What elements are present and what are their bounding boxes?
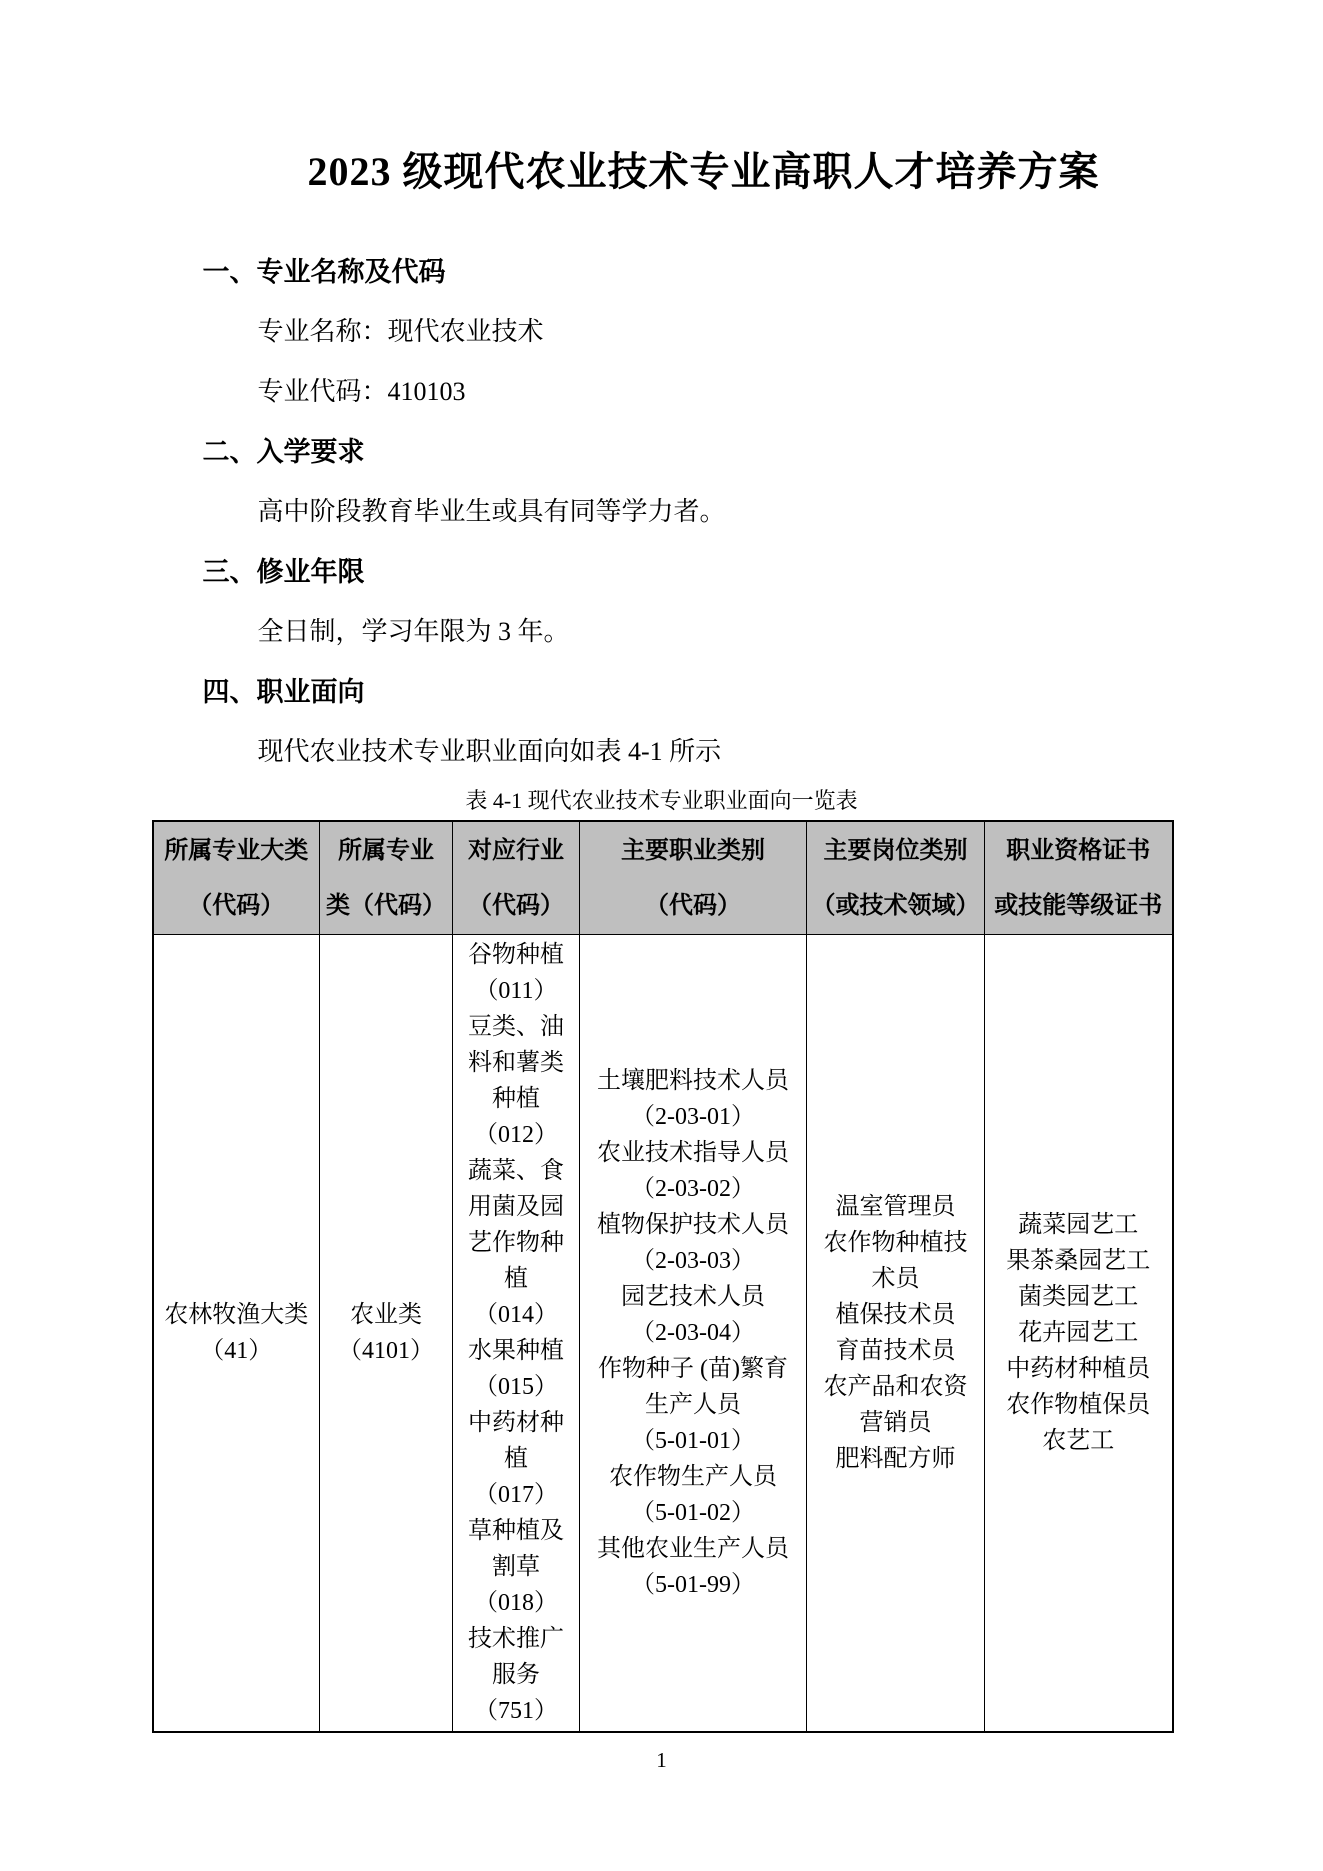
col-header-major-class: 所属专业 类（代码） [320,821,453,935]
cell-major-class: 农业类 （4101） [320,935,453,1733]
paragraph-career-intro: 现代农业技术专业职业面向如表 4-1 所示 [152,722,1172,782]
section-heading-4: 四、职业面向 [152,662,1172,722]
page: { "document": { "title": "2023 级现代农业技术专业… [0,0,1323,1871]
career-orientation-table: 所属专业大类 （代码） 所属专业 类（代码） 对应行业 （代码） 主要职业类别 … [152,820,1174,1733]
document-title: 2023 级现代农业技术专业高职人才培养方案 [152,146,1172,198]
section-study-duration: 三、修业年限 全日制，学习年限为 3 年。 [152,542,1172,662]
col-header-positions: 主要岗位类别 （或技术领域） [807,821,985,935]
col-header-certificates: 职业资格证书 或技能等级证书 [985,821,1173,935]
cell-occupations: 土壤肥料技术人员 （2-03-01） 农业技术指导人员 （2-03-02） 植物… [580,935,807,1733]
document: 2023 级现代农业技术专业高职人才培养方案 一、专业名称及代码 专业名称：现代… [152,0,1172,1773]
cell-major-group: 农林牧渔大类 （41） [153,935,320,1733]
paragraph-admission: 高中阶段教育毕业生或具有同等学力者。 [152,482,1172,542]
section-career-orientation: 四、职业面向 现代农业技术专业职业面向如表 4-1 所示 [152,662,1172,782]
table-caption: 表 4-1 现代农业技术专业职业面向一览表 [152,784,1172,818]
table-row: 农林牧渔大类 （41） 农业类 （4101） 谷物种植 （011） 豆类、油料和… [153,935,1173,1733]
paragraph-duration: 全日制，学习年限为 3 年。 [152,602,1172,662]
section-major-name-code: 一、专业名称及代码 专业名称：现代农业技术 专业代码：410103 [152,242,1172,422]
cell-certificates: 蔬菜园艺工 果茶桑园艺工 菌类园艺工 花卉园艺工 中药材种植员 农作物植保员 农… [985,935,1173,1733]
col-header-industries: 对应行业 （代码） [453,821,580,935]
section-heading-2: 二、入学要求 [152,422,1172,482]
table-header-row: 所属专业大类 （代码） 所属专业 类（代码） 对应行业 （代码） 主要职业类别 … [153,821,1173,935]
paragraph-major-code: 专业代码：410103 [152,362,1172,422]
table-header: 所属专业大类 （代码） 所属专业 类（代码） 对应行业 （代码） 主要职业类别 … [153,821,1173,935]
section-heading-3: 三、修业年限 [152,542,1172,602]
cell-industries: 谷物种植 （011） 豆类、油料和薯类种植 （012） 蔬菜、食用菌及园艺作物种… [453,935,580,1733]
table-body: 农林牧渔大类 （41） 农业类 （4101） 谷物种植 （011） 豆类、油料和… [153,935,1173,1733]
cell-positions: 温室管理员 农作物种植技术员 植保技术员 育苗技术员 农产品和农资营销员 肥料配… [807,935,985,1733]
section-heading-1: 一、专业名称及代码 [152,242,1172,302]
section-admission-requirements: 二、入学要求 高中阶段教育毕业生或具有同等学力者。 [152,422,1172,542]
col-header-occupations: 主要职业类别 （代码） [580,821,807,935]
paragraph-major-name: 专业名称：现代农业技术 [152,302,1172,362]
page-number: 1 [152,1747,1172,1773]
col-header-major-group: 所属专业大类 （代码） [153,821,320,935]
